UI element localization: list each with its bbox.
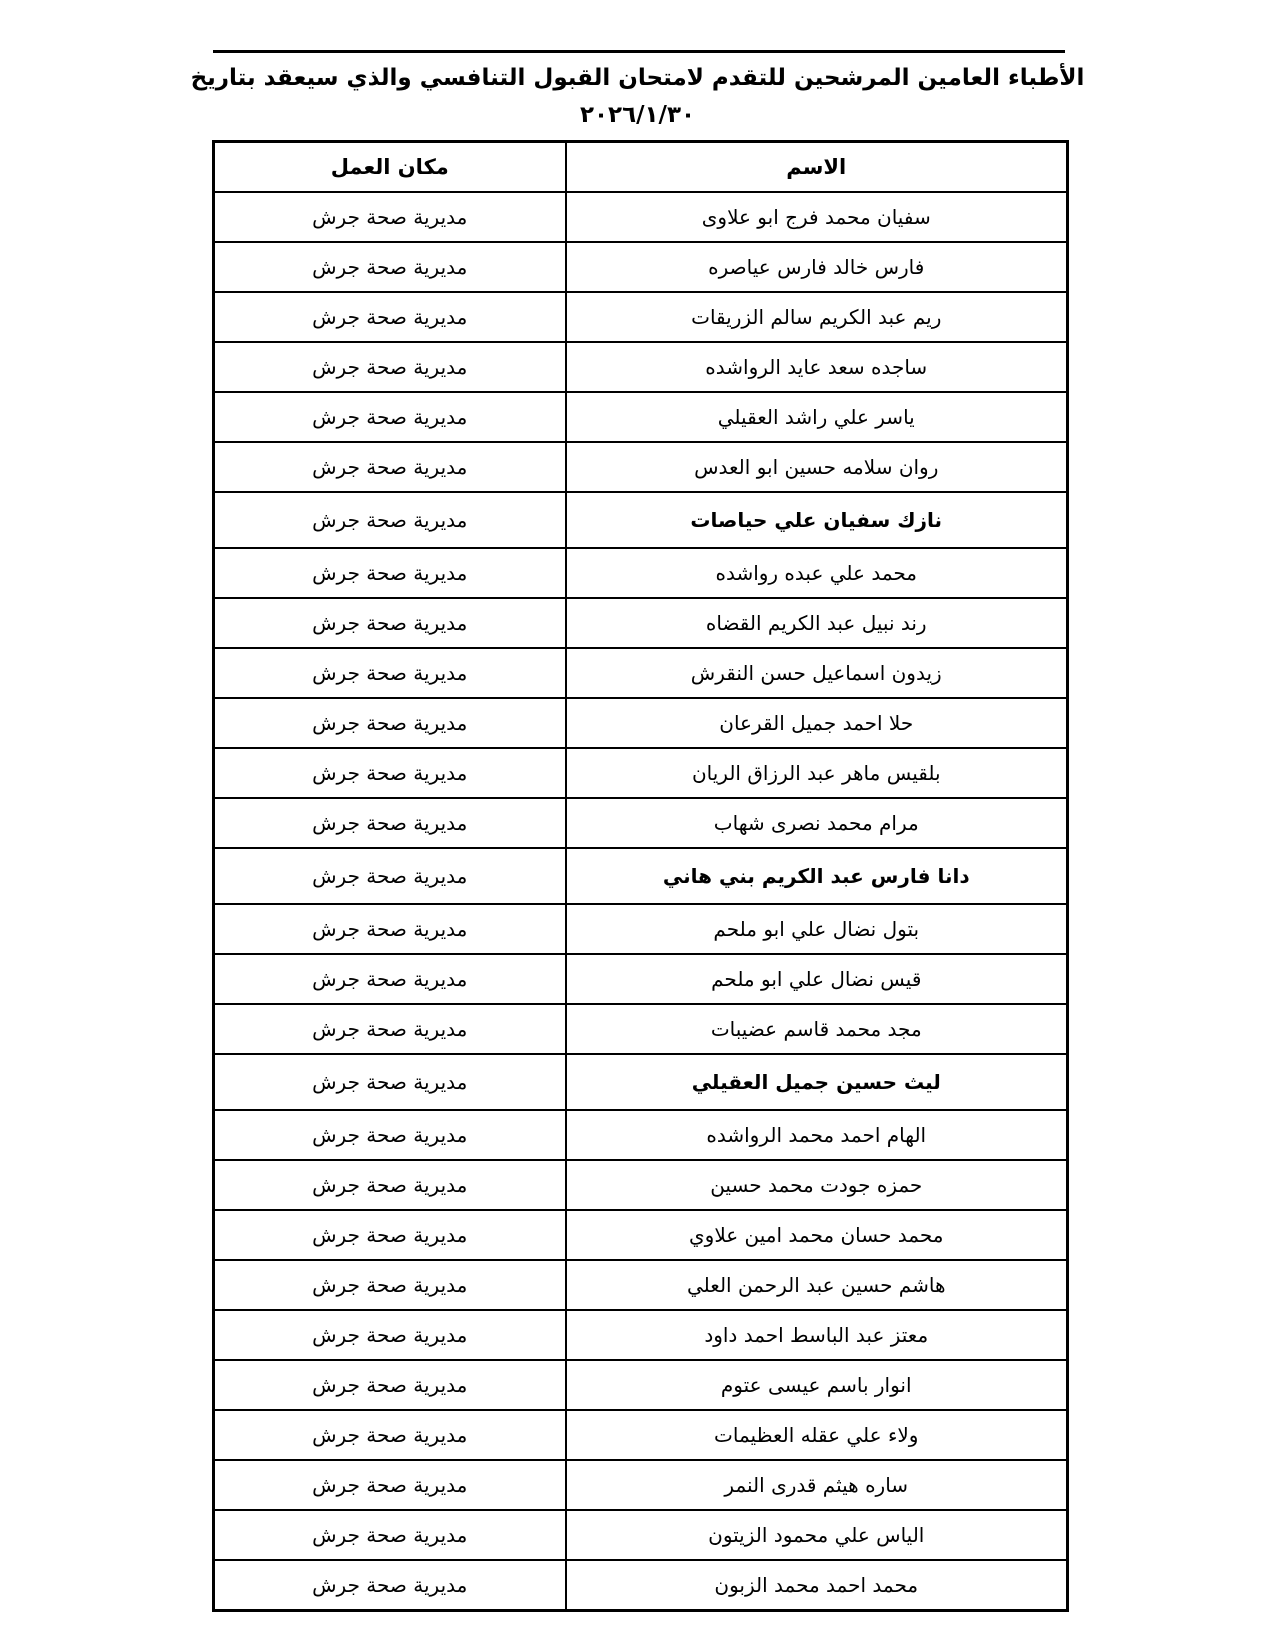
table-row: محمد احمد محمد الزبون مديرية صحة جرش — [214, 1560, 1068, 1611]
name-cell: ياسر علي راشد العقيلي — [566, 392, 1068, 442]
table-row: مجد محمد قاسم عضيبات مديرية صحة جرش — [214, 1004, 1068, 1054]
table-row: دانا فارس عبد الكريم بني هاني مديرية صحة… — [214, 848, 1068, 904]
column-header-workplace: مكان العمل — [214, 142, 566, 193]
workplace-cell: مديرية صحة جرش — [214, 1360, 566, 1410]
name-cell: دانا فارس عبد الكريم بني هاني — [566, 848, 1068, 904]
workplace-cell: مديرية صحة جرش — [214, 1210, 566, 1260]
workplace-cell: مديرية صحة جرش — [214, 1510, 566, 1560]
table-row: ريم عبد الكريم سالم الزريقات مديرية صحة … — [214, 292, 1068, 342]
table-row: ولاء علي عقله العظيمات مديرية صحة جرش — [214, 1410, 1068, 1460]
name-cell: ساره هيثم قدرى النمر — [566, 1460, 1068, 1510]
table-row: مرام محمد نصرى شهاب مديرية صحة جرش — [214, 798, 1068, 848]
workplace-cell: مديرية صحة جرش — [214, 1260, 566, 1310]
table-row: ساجده سعد عايد الرواشده مديرية صحة جرش — [214, 342, 1068, 392]
name-cell: حمزه جودت محمد حسين — [566, 1160, 1068, 1210]
table-row: رند نبيل عبد الكريم القضاه مديرية صحة جر… — [214, 598, 1068, 648]
name-cell: ريم عبد الكريم سالم الزريقات — [566, 292, 1068, 342]
table-row: حلا احمد جميل القرعان مديرية صحة جرش — [214, 698, 1068, 748]
name-cell: قيس نضال علي ابو ملحم — [566, 954, 1068, 1004]
workplace-cell: مديرية صحة جرش — [214, 1560, 566, 1611]
table-row: الهام احمد محمد الرواشده مديرية صحة جرش — [214, 1110, 1068, 1160]
name-cell: مجد محمد قاسم عضيبات — [566, 1004, 1068, 1054]
name-cell: الهام احمد محمد الرواشده — [566, 1110, 1068, 1160]
table-row: ياسر علي راشد العقيلي مديرية صحة جرش — [214, 392, 1068, 442]
document-title: الأطباء العامين المرشحين للتقدم لامتحان … — [0, 60, 1275, 134]
workplace-cell: مديرية صحة جرش — [214, 1110, 566, 1160]
title-text: الأطباء العامين المرشحين للتقدم لامتحان … — [191, 65, 1085, 91]
document-page: الأطباء العامين المرشحين للتقدم لامتحان … — [0, 0, 1275, 1650]
table-row: هاشم حسين عبد الرحمن العلي مديرية صحة جر… — [214, 1260, 1068, 1310]
name-cell: رند نبيل عبد الكريم القضاه — [566, 598, 1068, 648]
name-cell: معتز عبد الباسط احمد داود — [566, 1310, 1068, 1360]
workplace-cell: مديرية صحة جرش — [214, 292, 566, 342]
table-row: سفيان محمد فرج ابو علاوى مديرية صحة جرش — [214, 192, 1068, 242]
name-cell: حلا احمد جميل القرعان — [566, 698, 1068, 748]
workplace-cell: مديرية صحة جرش — [214, 242, 566, 292]
table-row: نازك سفيان علي حياصات مديرية صحة جرش — [214, 492, 1068, 548]
workplace-cell: مديرية صحة جرش — [214, 1004, 566, 1054]
name-cell: مرام محمد نصرى شهاب — [566, 798, 1068, 848]
workplace-cell: مديرية صحة جرش — [214, 598, 566, 648]
workplace-cell: مديرية صحة جرش — [214, 192, 566, 242]
workplace-cell: مديرية صحة جرش — [214, 392, 566, 442]
name-cell: انوار باسم عيسى عتوم — [566, 1360, 1068, 1410]
name-cell: نازك سفيان علي حياصات — [566, 492, 1068, 548]
name-cell: ساجده سعد عايد الرواشده — [566, 342, 1068, 392]
workplace-cell: مديرية صحة جرش — [214, 954, 566, 1004]
table-row: ليث حسين جميل العقيلي مديرية صحة جرش — [214, 1054, 1068, 1110]
name-cell: بتول نضال علي ابو ملحم — [566, 904, 1068, 954]
name-cell: روان سلامه حسين ابو العدس — [566, 442, 1068, 492]
column-header-name: الاسم — [566, 142, 1068, 193]
table-row: محمد علي عبده رواشده مديرية صحة جرش — [214, 548, 1068, 598]
title-rule — [213, 50, 1065, 53]
name-cell: محمد حسان محمد امين علاوي — [566, 1210, 1068, 1260]
name-cell: بلقيس ماهر عبد الرزاق الريان — [566, 748, 1068, 798]
table-row: معتز عبد الباسط احمد داود مديرية صحة جرش — [214, 1310, 1068, 1360]
workplace-cell: مديرية صحة جرش — [214, 548, 566, 598]
table-row: ساره هيثم قدرى النمر مديرية صحة جرش — [214, 1460, 1068, 1510]
table-row: روان سلامه حسين ابو العدس مديرية صحة جرش — [214, 442, 1068, 492]
exam-date: ٢٠٢٦/١/٣٠ — [580, 102, 695, 128]
workplace-cell: مديرية صحة جرش — [214, 698, 566, 748]
workplace-cell: مديرية صحة جرش — [214, 748, 566, 798]
table-row: فارس خالد فارس عياصره مديرية صحة جرش — [214, 242, 1068, 292]
workplace-cell: مديرية صحة جرش — [214, 1160, 566, 1210]
workplace-cell: مديرية صحة جرش — [214, 1410, 566, 1460]
name-cell: محمد علي عبده رواشده — [566, 548, 1068, 598]
name-cell: هاشم حسين عبد الرحمن العلي — [566, 1260, 1068, 1310]
name-cell: الياس علي محمود الزيتون — [566, 1510, 1068, 1560]
table-row: الياس علي محمود الزيتون مديرية صحة جرش — [214, 1510, 1068, 1560]
workplace-cell: مديرية صحة جرش — [214, 1460, 566, 1510]
name-cell: ولاء علي عقله العظيمات — [566, 1410, 1068, 1460]
table-row: بلقيس ماهر عبد الرزاق الريان مديرية صحة … — [214, 748, 1068, 798]
table-row: بتول نضال علي ابو ملحم مديرية صحة جرش — [214, 904, 1068, 954]
name-cell: ليث حسين جميل العقيلي — [566, 1054, 1068, 1110]
name-cell: زيدون اسماعيل حسن النقرش — [566, 648, 1068, 698]
workplace-cell: مديرية صحة جرش — [214, 648, 566, 698]
table-row: زيدون اسماعيل حسن النقرش مديرية صحة جرش — [214, 648, 1068, 698]
workplace-cell: مديرية صحة جرش — [214, 1310, 566, 1360]
name-cell: سفيان محمد فرج ابو علاوى — [566, 192, 1068, 242]
candidates-table-body: سفيان محمد فرج ابو علاوى مديرية صحة جرش … — [214, 192, 1068, 1611]
table-row: حمزه جودت محمد حسين مديرية صحة جرش — [214, 1160, 1068, 1210]
workplace-cell: مديرية صحة جرش — [214, 492, 566, 548]
workplace-cell: مديرية صحة جرش — [214, 848, 566, 904]
workplace-cell: مديرية صحة جرش — [214, 1054, 566, 1110]
workplace-cell: مديرية صحة جرش — [214, 442, 566, 492]
table-header-row: الاسم مكان العمل — [214, 142, 1068, 193]
workplace-cell: مديرية صحة جرش — [214, 904, 566, 954]
table-row: محمد حسان محمد امين علاوي مديرية صحة جرش — [214, 1210, 1068, 1260]
workplace-cell: مديرية صحة جرش — [214, 342, 566, 392]
name-cell: فارس خالد فارس عياصره — [566, 242, 1068, 292]
candidates-table: الاسم مكان العمل سفيان محمد فرج ابو علاو… — [212, 140, 1069, 1612]
table-row: انوار باسم عيسى عتوم مديرية صحة جرش — [214, 1360, 1068, 1410]
workplace-cell: مديرية صحة جرش — [214, 798, 566, 848]
name-cell: محمد احمد محمد الزبون — [566, 1560, 1068, 1611]
table-row: قيس نضال علي ابو ملحم مديرية صحة جرش — [214, 954, 1068, 1004]
